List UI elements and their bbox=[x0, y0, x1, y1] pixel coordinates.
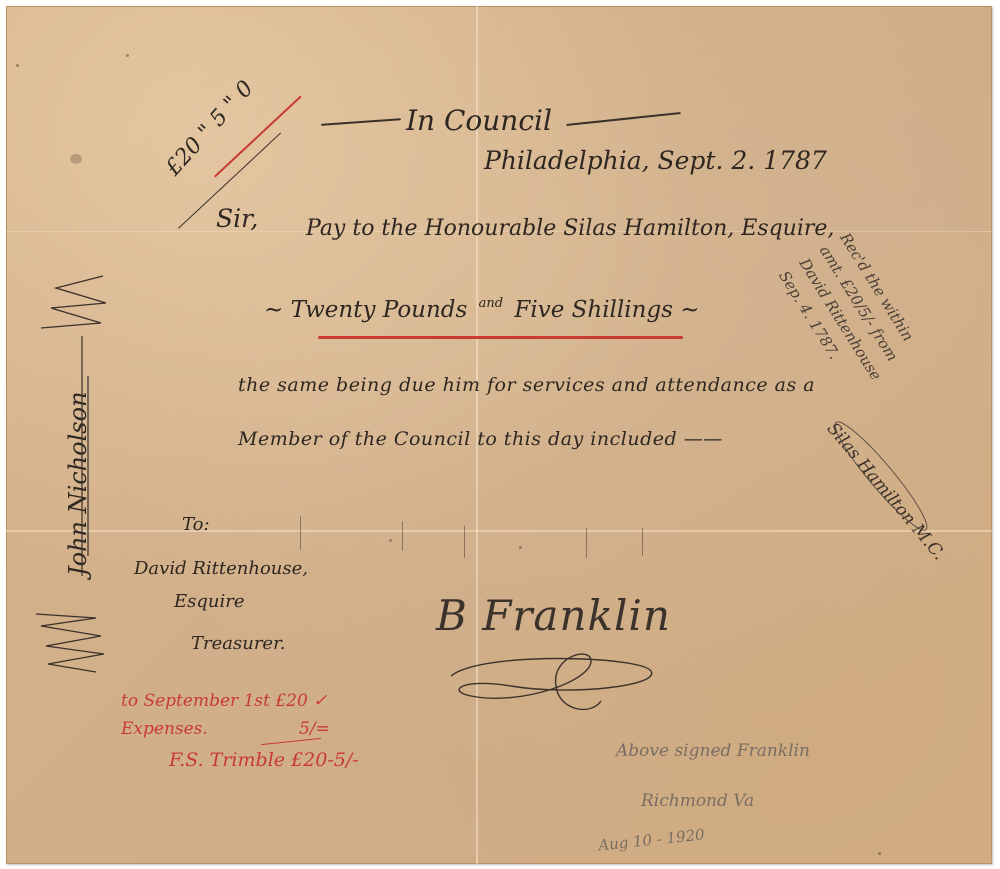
amount-words-red-underline bbox=[318, 336, 683, 339]
ink-stain bbox=[70, 154, 82, 164]
receipt-signature-loop bbox=[826, 411, 936, 541]
franklin-signature: B Franklin bbox=[436, 591, 671, 640]
amount-dash-right: ~ bbox=[680, 297, 699, 323]
red-note-line-2-value: 5/= bbox=[299, 719, 330, 739]
left-margin-zigzag-bottom bbox=[26, 606, 106, 686]
amount-pounds: Twenty Pounds bbox=[291, 297, 468, 323]
body-line-1: the same being due him for services and … bbox=[238, 374, 815, 396]
to-label: To: bbox=[182, 514, 210, 535]
red-note-line-3: F.S. Trimble £20-5/- bbox=[169, 749, 359, 771]
ink-speck bbox=[126, 54, 129, 57]
ink-speck bbox=[16, 64, 19, 67]
salutation: Sir, bbox=[216, 204, 258, 233]
left-margin-line bbox=[76, 336, 96, 586]
red-note-line-2: Expenses. bbox=[121, 719, 208, 739]
header-flourish-right bbox=[566, 112, 681, 126]
place-date: Philadelphia, Sept. 2. 1787 bbox=[484, 146, 827, 175]
receipt-note: Rec'd the within amt. £20/5/- from David… bbox=[773, 228, 929, 398]
amount-shillings: Five Shillings bbox=[514, 297, 673, 323]
ink-speck bbox=[519, 546, 522, 549]
amount-words-wrap: ~ Twenty Pounds and Five Shillings ~ bbox=[264, 296, 700, 323]
addressee-title: Esquire bbox=[174, 591, 245, 612]
header-title: In Council bbox=[406, 104, 552, 137]
amount-dash-left: ~ bbox=[264, 297, 291, 323]
tick-mark bbox=[464, 526, 465, 558]
addressee-office: Treasurer. bbox=[191, 633, 285, 654]
tick-mark bbox=[402, 521, 403, 551]
amount-words: ~ Twenty Pounds and Five Shillings ~ bbox=[264, 296, 700, 323]
red-sum-rule bbox=[261, 738, 321, 745]
addressee-name: David Rittenhouse, bbox=[134, 558, 308, 579]
ink-speck bbox=[389, 539, 392, 542]
pay-line: Pay to the Honourable Silas Hamilton, Es… bbox=[306, 216, 834, 241]
tick-mark bbox=[642, 528, 643, 556]
tick-mark bbox=[586, 528, 587, 558]
pencil-note-line-1: Above signed Franklin bbox=[616, 741, 810, 761]
header-flourish-left bbox=[321, 118, 401, 126]
ink-speck bbox=[878, 852, 881, 855]
amount-and: and bbox=[479, 296, 503, 311]
left-margin-zigzag-top bbox=[31, 268, 111, 338]
tick-mark bbox=[300, 516, 301, 550]
body-line-2: Member of the Council to this day includ… bbox=[238, 428, 723, 450]
pencil-note-line-3: Aug 10 - 1920 bbox=[597, 825, 705, 854]
document-sheet: In Council Philadelphia, Sept. 2. 1787 £… bbox=[6, 6, 992, 864]
signature-flourish bbox=[441, 646, 661, 726]
pencil-note-line-2: Richmond Va bbox=[641, 791, 754, 811]
red-note-line-1: to September 1st £20 ✓ bbox=[121, 691, 327, 711]
